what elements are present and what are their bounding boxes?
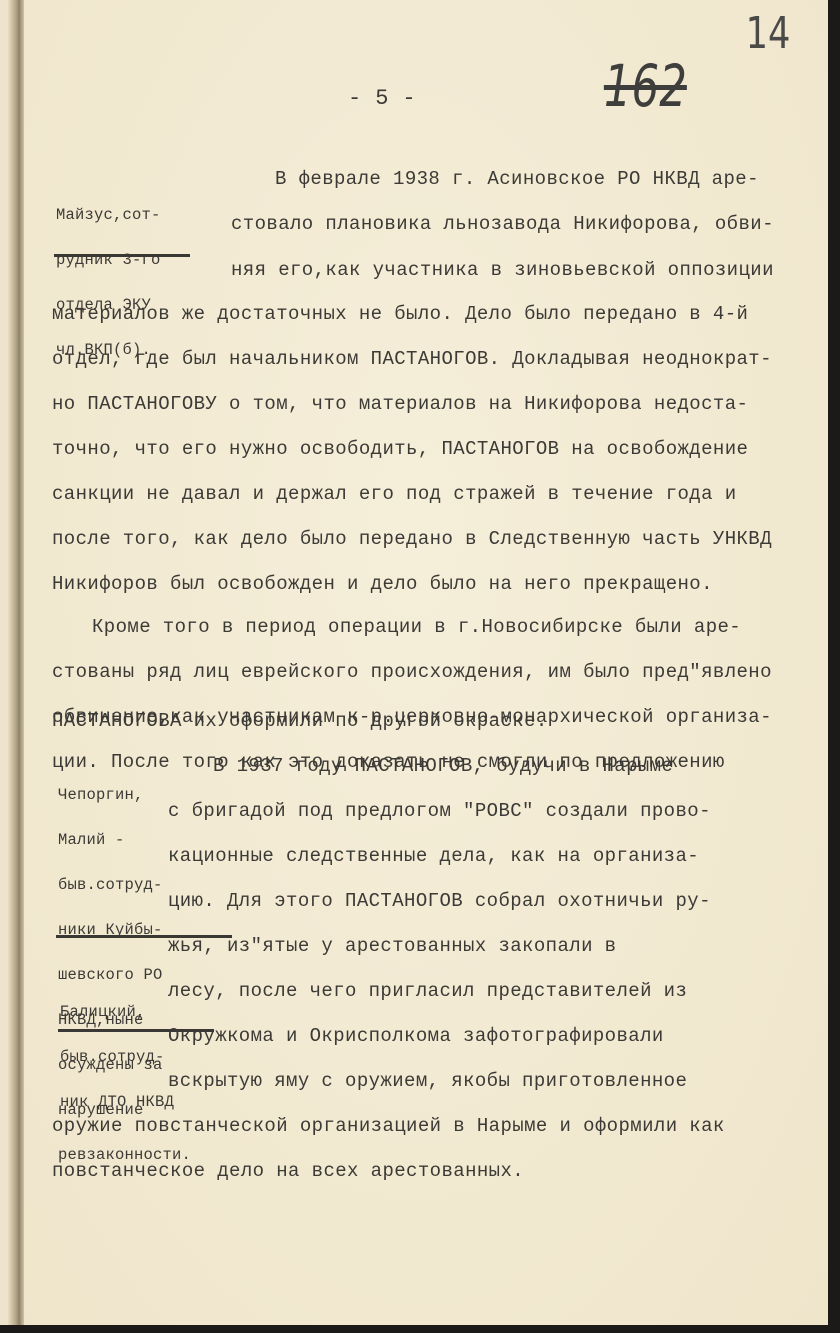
- body-line: оружие повстанческой организацией в Нары…: [52, 1115, 725, 1137]
- body-line: после того, как дело было передано в Сле…: [52, 528, 772, 550]
- body-line: ПАСТАНОГОВА их оформили по другой окраск…: [52, 710, 548, 732]
- body-line: лесу, после чего пригласил представителе…: [168, 980, 687, 1002]
- body-line: но ПАСТАНОГОВУ о том, что материалов на …: [52, 393, 748, 415]
- body-line: Окружкома и Окрисполкома зафотографирова…: [168, 1025, 664, 1047]
- body-line: стованы ряд лиц еврейского происхождения…: [52, 661, 772, 683]
- body-line: няя его,как участника в зиновьевской опп…: [231, 259, 774, 281]
- body-line: вскрытую яму с оружием, якобы приготовле…: [168, 1070, 687, 1092]
- body-line: цию. Для этого ПАСТАНОГОВ собрал охотнич…: [168, 890, 711, 912]
- body-line: материалов же достаточных не было. Дело …: [52, 303, 748, 325]
- body-line: точно, что его нужно освободить, ПАСТАНО…: [52, 438, 748, 460]
- margin-note-line: Майзус,сот-: [56, 208, 161, 223]
- body-line: В 1937 году ПАСТАНОГОВ, будучи в Нарыме: [213, 755, 673, 777]
- body-line: Никифоров был освобожден и дело было на …: [52, 573, 713, 595]
- body-line: Кроме того в период операции в г.Новосиб…: [92, 616, 741, 638]
- document-page: 14 162 - 5 - Майзус,сот- рудник 3-го отд…: [0, 0, 828, 1325]
- body-line: отдел, где был начальником ПАСТАНОГОВ. Д…: [52, 348, 772, 370]
- body-line: В феврале 1938 г. Асиновское РО НКВД аре…: [275, 168, 759, 190]
- page-left-strip: [0, 0, 8, 1325]
- crossed-out-sheet-number: 162: [604, 52, 687, 120]
- archive-sheet-number: 14: [746, 8, 791, 59]
- body-line: повстанческое дело на всех арестованных.: [52, 1160, 524, 1182]
- page-number: - 5 -: [348, 86, 416, 111]
- body-line: стовало плановика льнозавода Никифорова,…: [231, 213, 774, 235]
- margin-note-line: ник ДТО НКВД: [60, 1095, 174, 1110]
- margin-note-underline: [54, 254, 190, 257]
- binding-shadow: [8, 0, 24, 1325]
- margin-note-line: быв.сотруд-: [60, 1050, 174, 1065]
- body-line: с бригадой под предлогом "РОВС" создали …: [168, 800, 711, 822]
- margin-note-line: Балицкий,: [60, 1005, 174, 1020]
- body-line: жья, из"ятые у арестованных закопали в: [168, 935, 616, 957]
- body-line: кационные следственные дела, как на орга…: [168, 845, 699, 867]
- body-line: санкции не давал и держал его под страже…: [52, 483, 737, 505]
